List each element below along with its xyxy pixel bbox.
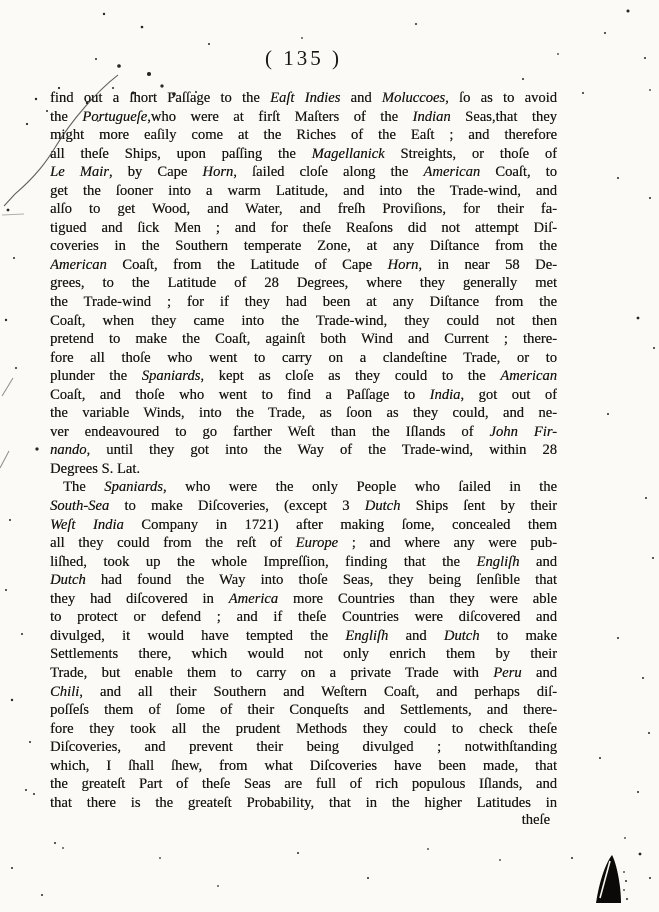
text-line: South-Sea to make Diſcoveries, (except 3… xyxy=(50,497,557,516)
text-line: might more eaſily come at the Riches of … xyxy=(50,126,557,145)
page-text: find out a ſhort Paſſage to the Eaſt Ind… xyxy=(50,89,557,812)
text-line: Le Mair, by Cape Horn, ſailed cloſe alon… xyxy=(50,163,557,182)
text-line: Coaſt, and thoſe who went to find a Paſſ… xyxy=(50,386,557,405)
margin-slash-1 xyxy=(2,378,13,396)
text-line: they had diſcovered in America more Coun… xyxy=(50,590,557,609)
text-line: that there is the greateſt Probability, … xyxy=(50,794,557,813)
text-line: Weſt India Company in 1721) after making… xyxy=(50,516,557,535)
text-line: coveries in the Southern temperate Zone,… xyxy=(50,237,557,256)
text-line: alſo to get Wood, and Water, and freſh P… xyxy=(50,200,557,219)
corner-fold-artifact xyxy=(596,855,628,903)
text-line: Coaſt, when they came into the Trade-win… xyxy=(50,312,557,331)
text-line: the Portugueſe,who were at firſt Maſters… xyxy=(50,108,557,127)
text-line: nando, until they got into the Way of th… xyxy=(50,441,557,460)
text-line: the greateſt Part of theſe Seas are full… xyxy=(50,775,557,794)
text-line: fore all thoſe who went to carry on a cl… xyxy=(50,349,557,368)
text-line: Trade, but enable them to carry on a pri… xyxy=(50,664,557,683)
text-line: pretend to make the Coaſt, againſt both … xyxy=(50,330,557,349)
text-line: Dutch had found the Way into thoſe Seas,… xyxy=(50,571,557,590)
text-line: all they could from the reſt of Europe ;… xyxy=(50,534,557,553)
margin-slash-2 xyxy=(0,451,9,468)
text-line: plunder the Spaniards, kept as cloſe as … xyxy=(50,367,557,386)
text-line: fore they took all the prudent Methods t… xyxy=(50,720,557,739)
text-line: divulged, it would have tempted the Engl… xyxy=(50,627,557,646)
text-line: get the ſooner into a warm Latitude, and… xyxy=(50,182,557,201)
margin-dash xyxy=(2,214,24,215)
book-page: ( 135 ) find out a ſhort Paſſage to the … xyxy=(0,0,659,912)
text-line: Settlements there, which would not only … xyxy=(50,645,557,664)
text-line: American Coaſt, from the Latitude of Cap… xyxy=(50,256,557,275)
text-line: liſhed, took up the whole Impreſſion, fi… xyxy=(50,553,557,572)
page-number: ( 135 ) xyxy=(50,46,557,71)
text-line: poſſeſs them of ſome of their Conqueſts … xyxy=(50,701,557,720)
text-line: all theſe Ships, upon paſſing the Magell… xyxy=(50,145,557,164)
text-line: Degrees S. Lat. xyxy=(50,460,557,479)
text-line: find out a ſhort Paſſage to the Eaſt Ind… xyxy=(50,89,557,108)
text-line: grees, to the Latitude of 28 Degrees, wh… xyxy=(50,274,557,293)
text-line: ver endeavoured to go farther Weſt than … xyxy=(50,423,557,442)
text-line: Diſcoveries, and prevent their being div… xyxy=(50,738,557,757)
text-line: the variable Winds, into the Trade, as ſ… xyxy=(50,404,557,423)
text-line: Chili, and all their Southern and Weſter… xyxy=(50,683,557,702)
catchword: theſe xyxy=(50,812,550,829)
text-line: to protect or defend ; and if theſe Coun… xyxy=(50,608,557,627)
text-line: The Spaniards, who were the only People … xyxy=(50,478,557,497)
text-line: which, I ſhall ſhew, from what Diſcoveri… xyxy=(50,757,557,776)
text-line: tigued and ſick Men ; and for theſe Reaſ… xyxy=(50,219,557,238)
text-line: the Trade-wind ; for if they had been at… xyxy=(50,293,557,312)
